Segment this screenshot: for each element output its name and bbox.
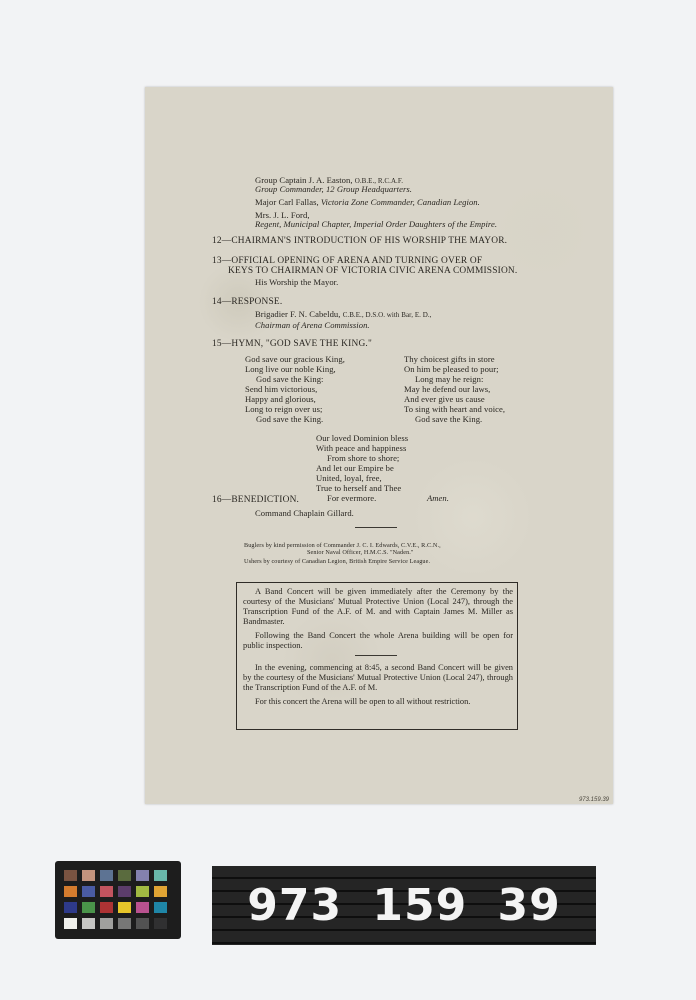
color-swatch [100, 918, 113, 929]
program-item-16-by: Command Chaplain Gillard. [255, 508, 354, 518]
notice-paragraph-3: In the evening, commencing at 8:45, a se… [243, 663, 513, 693]
color-swatch [118, 902, 131, 913]
color-swatch [64, 902, 77, 913]
color-swatch [82, 918, 95, 929]
color-swatch [154, 870, 167, 881]
color-swatch [64, 918, 77, 929]
handwritten-accession-number: 973.159.39 [579, 797, 609, 803]
notice-paragraph-1: A Band Concert will be given immediately… [243, 587, 513, 627]
attendee-ford-role: Regent, Municipal Chapter, Imperial Orde… [255, 219, 497, 229]
color-swatch [118, 870, 131, 881]
program-item-14-role: Chairman of Arena Commission. [255, 320, 370, 330]
color-swatch [100, 870, 113, 881]
color-swatch [136, 870, 149, 881]
program-item-13-line2: KEYS TO CHAIRMAN OF VICTORIA CIVIC ARENA… [228, 266, 517, 276]
divider [355, 527, 397, 528]
color-swatch [136, 886, 149, 897]
color-swatch [154, 886, 167, 897]
color-swatch [82, 902, 95, 913]
color-swatch [100, 902, 113, 913]
program-item-15: 15—HYMN, "GOD SAVE THE KING." [212, 339, 372, 349]
program-item-13-line1: 13—OFFICIAL OPENING OF ARENA AND TURNING… [212, 256, 482, 266]
band-concert-notice: A Band Concert will be given immediately… [236, 582, 518, 730]
color-swatch [82, 870, 95, 881]
color-swatch [100, 886, 113, 897]
attendee-fallas: Major Carl Fallas, Victoria Zone Command… [255, 197, 480, 207]
color-swatch [154, 902, 167, 913]
color-swatch [64, 886, 77, 897]
color-swatch [136, 902, 149, 913]
color-swatch [136, 918, 149, 929]
catalog-number: 973 159 39 [212, 880, 596, 931]
notice-divider [355, 655, 397, 656]
program-item-14: 14—RESPONSE. [212, 297, 282, 307]
program-item-13-by: His Worship the Mayor. [255, 277, 338, 287]
catalog-number-plate: 973 159 39 [212, 866, 596, 945]
color-swatch [118, 886, 131, 897]
program-item-12: 12—CHAIRMAN'S INTRODUCTION OF HIS WORSHI… [212, 236, 507, 246]
color-checker-card [55, 861, 181, 939]
color-swatch [82, 886, 95, 897]
attendee-easton-role: Group Commander, 12 Group Headquarters. [255, 184, 412, 194]
color-swatch [64, 870, 77, 881]
amen-text: Amen. [427, 493, 449, 503]
color-swatch [154, 918, 167, 929]
credits-line-3: Ushers by courtesy of Canadian Legion, B… [244, 557, 430, 567]
notice-paragraph-4: For this concert the Arena will be open … [243, 697, 513, 707]
program-item-14-by: Brigadier F. N. Cabeldu, C.B.E., D.S.O. … [255, 309, 431, 320]
notice-paragraph-2: Following the Band Concert the whole Are… [243, 631, 513, 651]
program-item-16: 16—BENEDICTION. [212, 495, 299, 505]
color-swatch [118, 918, 131, 929]
program-page: Group Captain J. A. Easton, O.B.E., R.C.… [145, 87, 613, 804]
